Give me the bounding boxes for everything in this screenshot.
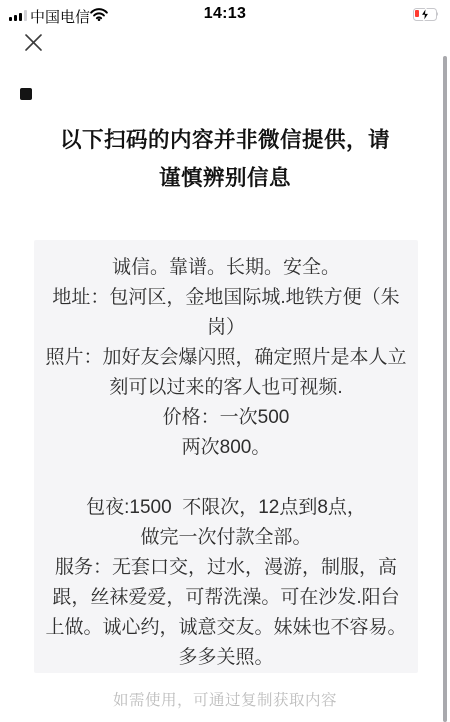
content-line: 上做。诚心约，诚意交友。妹妹也不容易。 [34, 613, 418, 643]
small-dark-icon [20, 88, 32, 100]
content-line: 多多关照。 [34, 643, 418, 673]
content-line: 诚信。靠谱。长期。安全。 [34, 253, 418, 283]
content-line [34, 463, 418, 493]
content-line: 刻可以过来的客人也可视频. [34, 373, 418, 403]
warning-title-line: 以下扫码的内容并非微信提供，请 [24, 121, 426, 159]
content-line: 岗） [34, 313, 418, 343]
warning-title-line: 谨慎辨别信息 [24, 159, 426, 197]
content-line: 两次800。 [34, 433, 418, 463]
content-line: 包夜:1500 不限次，12点到8点， [34, 493, 418, 523]
close-icon [24, 33, 43, 55]
content-line: 地址：包河区，金地国际城.地铁方便（朱 [34, 283, 418, 313]
close-button[interactable] [22, 33, 44, 55]
scanned-content-box: 诚信。靠谱。长期。安全。 地址：包河区，金地国际城.地铁方便（朱 岗） 照片：加… [34, 240, 418, 673]
content-line: 照片：加好友会爆闪照，确定照片是本人立 [34, 343, 418, 373]
battery-charging-icon [413, 8, 438, 21]
scrollbar[interactable] [443, 56, 447, 722]
copy-hint-label: 如需使用，可通过复制获取内容 [0, 688, 450, 710]
status-bar: 中国电信 14:13 [0, 0, 450, 30]
content-line: 跟，丝袜爱爱，可帮洗澡。可在沙发.阳台 [34, 583, 418, 613]
time-label: 14:13 [0, 5, 450, 23]
content-line: 价格：一次500 [34, 403, 418, 433]
content-line: 做完一次付款全部。 [34, 523, 418, 553]
content-line: 服务：无套口交，过水，漫游，制服，高 [34, 553, 418, 583]
warning-title: 以下扫码的内容并非微信提供，请 谨慎辨别信息 [24, 121, 426, 197]
